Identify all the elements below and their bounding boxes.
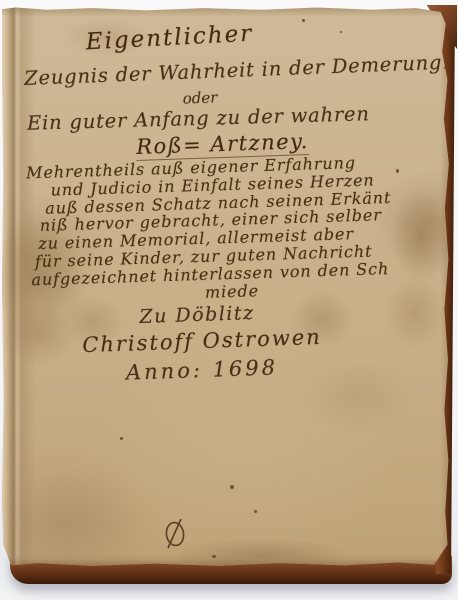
- page-mark-icon: [160, 515, 190, 551]
- speck: [254, 510, 257, 513]
- speck: [302, 19, 305, 22]
- speck: [340, 31, 342, 33]
- place-line: Zu Döblitz: [102, 301, 293, 330]
- manuscript-page: Eigentlicher Zeugnis der Wahrheit in der…: [2, 7, 452, 567]
- stain: [302, 362, 412, 432]
- title-line-1: Eigentlicher: [61, 19, 277, 56]
- year-line: Anno: 1698: [97, 354, 308, 385]
- speck: [230, 485, 234, 489]
- speck: [120, 437, 123, 440]
- title-line-2: Zeugnis der Wahrheit in der Demerung.: [24, 51, 439, 90]
- page-top-edge: [2, 7, 452, 17]
- body-text: Mehrentheils auß eigener Erfahrung und J…: [22, 152, 438, 307]
- author-line: Christoff Ostrowen: [72, 324, 333, 357]
- manuscript-photo: Eigentlicher Zeugnis der Wahrheit in der…: [0, 0, 458, 600]
